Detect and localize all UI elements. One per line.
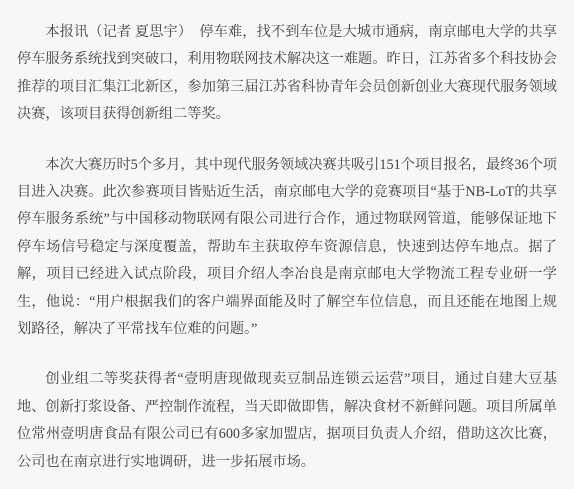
- paragraph-lead: 本报讯（记者 夏思宇） 停车难，找不到车位是大城市通病，南京邮电大学的共享停车服…: [17, 19, 557, 129]
- paragraph-entrepreneur: 创业组二等奖获得者“壹明唐现做现卖豆制品连锁云运营”项目，通过自建大豆基地、创新…: [17, 366, 557, 476]
- article-page: 本报讯（记者 夏思宇） 停车难，找不到车位是大城市通病，南京邮电大学的共享停车服…: [0, 0, 574, 489]
- byline: 本报讯（记者 夏思宇）: [45, 24, 185, 40]
- paragraph-contest: 本次大赛历时5个多月，其中现代服务领域决赛共吸引151个项目报名，最终36个项目…: [17, 152, 557, 344]
